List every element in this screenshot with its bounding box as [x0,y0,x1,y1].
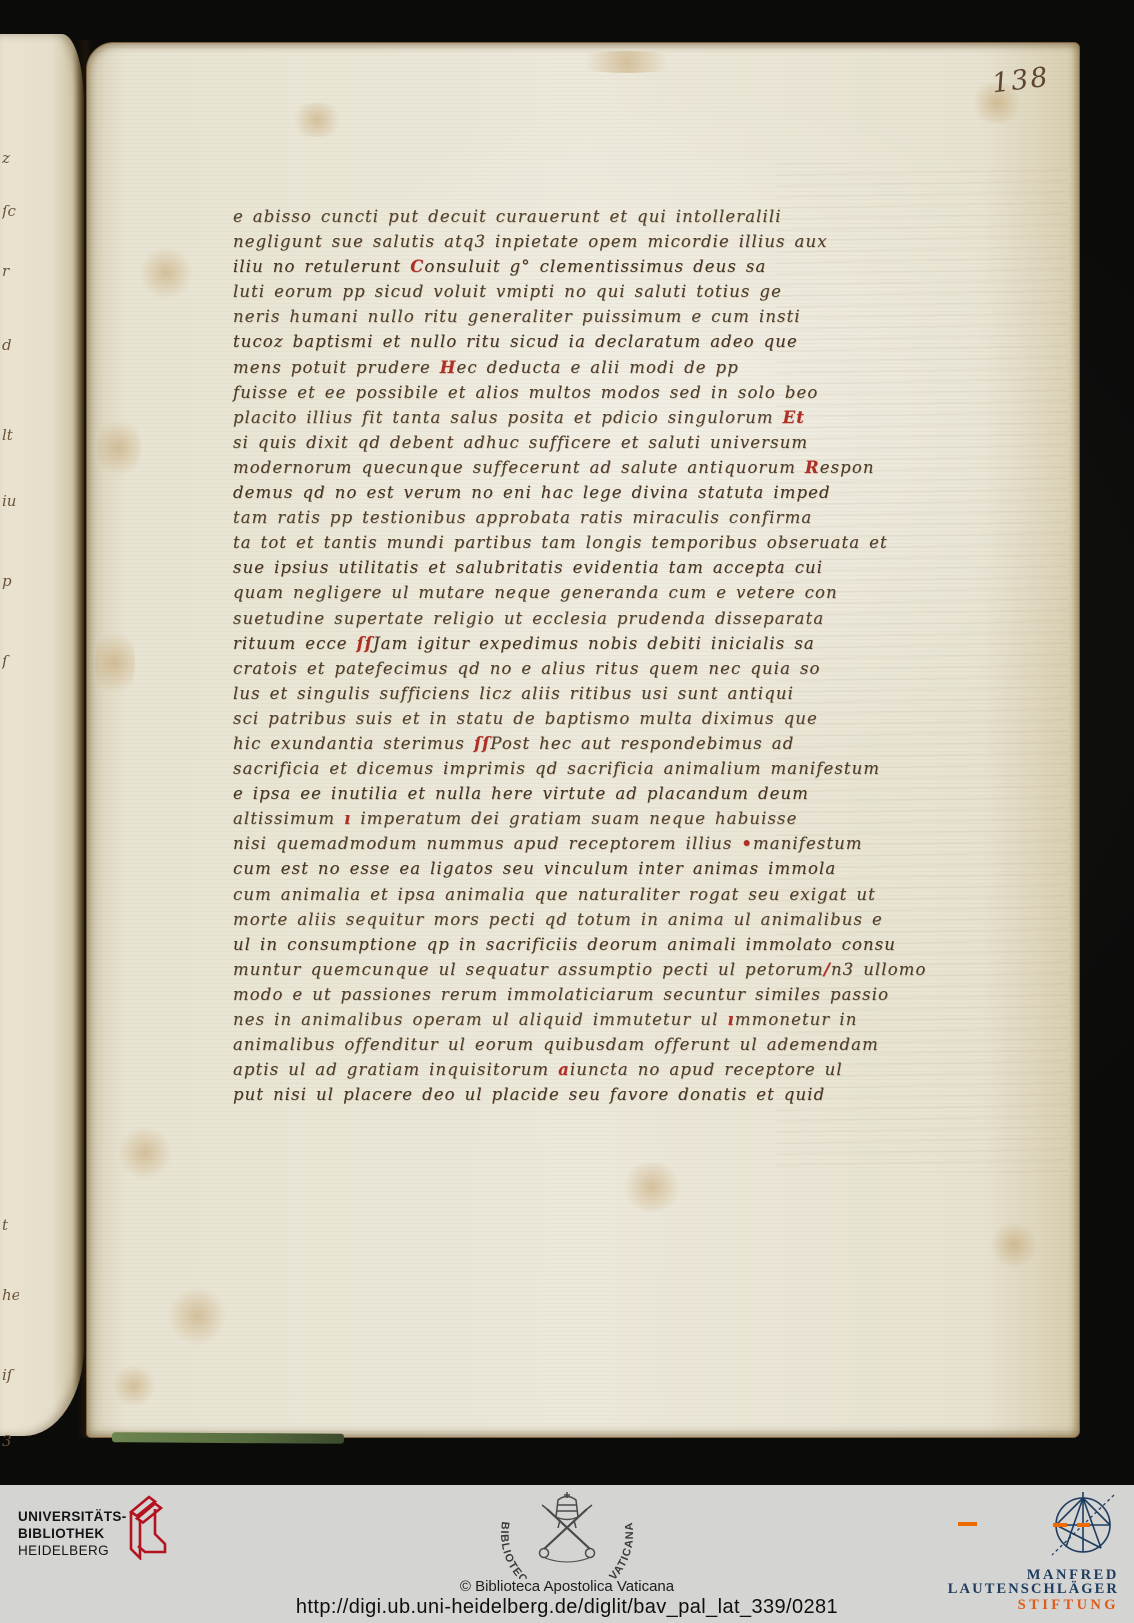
folio-number: 138 [990,62,1051,100]
manuscript-line: put nisi ul placere deo ul placide seu f… [233,1082,833,1107]
manuscript-text-segment: si quis dixit qd debent adhuc sufficere … [233,433,808,452]
foxing-stain [567,51,687,73]
manuscript-text-segment: iliu no retulerunt [233,257,410,276]
manuscript-line: hic exundantia sterimus ſſPost hec aut r… [233,731,833,756]
rubric-mark: ſſ [357,634,373,653]
facing-page-text-fragment: t [2,1216,19,1236]
manuscript-text-segment: espon [820,458,875,477]
manuscript-line: sci patribus suis et in statu de baptism… [233,706,833,731]
manuscript-line: iliu no retulerunt Consuluit g° clementi… [233,254,833,279]
facing-page-text-fragment: d [2,336,19,356]
rubric-mark: ſſ [474,734,490,753]
manuscript-text-segment: e abisso cuncti put decuit curauerunt et… [233,207,782,226]
manuscript-text-segment: placito illius fit tanta salus posita et… [233,408,783,427]
manuscript-text-segment: ta tot et tantis mundi partibus tam long… [233,533,888,552]
manuscript-page: 138 e abisso cuncti put decuit curauerun… [86,42,1080,1438]
manuscript-text-segment: ul in consumptione qp in sacrificiis deo… [233,935,896,954]
facing-page-text-fragment: iu [2,492,19,512]
foundation-name-line3: STIFTUNG [948,1598,1119,1613]
rubric-mark: H [440,358,457,377]
manuscript-text-segment: nes in animalibus operam ul aliquid immu… [233,1010,727,1029]
manuscript-line: e abisso cuncti put decuit curauerunt et… [233,204,833,229]
manuscript-line: ul in consumptione qp in sacrificiis deo… [233,932,833,957]
manuscript-text-segment: Jam igitur expedimus nobis debiti inicia… [373,634,815,653]
foundation-orange-dash [958,1522,977,1526]
manuscript-text-segment: negligunt sue salutis atq3 inpietate ope… [233,232,828,251]
manuscript-line: mens potuit prudere Hec deducta e alii m… [233,355,833,380]
manuscript-line: nes in animalibus operam ul aliquid immu… [233,1007,833,1032]
manuscript-text-segment: cum est no esse ea ligatos seu vinculum … [233,859,836,878]
caption-bar: UNIVERSITÄTS- BIBLIOTHEK HEIDELBERG BIBL… [0,1485,1134,1623]
manuscript-text-segment: onsuluit g° clementissimus deus sa [424,257,766,276]
manuscript-text-segment: neris humani nullo ritu generaliter puis… [233,307,801,326]
foxing-stain [95,623,135,703]
manuscript-text-segment: animalibus offenditur ul eorum quibusdam… [233,1035,879,1054]
manuscript-text-segment: altissimum [233,809,344,828]
manuscript-line: quam negligere ul mutare neque generanda… [233,580,833,605]
manuscript-text-segment: manifestum [753,834,863,853]
heidelberg-library-logo-icon [109,1492,167,1560]
facing-page-text-fragment: r [2,262,19,282]
manuscript-line: neris humani nullo ritu generaliter puis… [233,304,833,329]
manuscript-line: morte aliis sequitur mors pecti qd totum… [233,907,833,932]
manuscript-text: e abisso cuncti put decuit curauerunt et… [233,204,833,1107]
manuscript-text-segment: imperatum dei gratiam suam neque habuiss… [351,809,797,828]
manuscript-text-segment: sue ipsius utilitatis et salubritatis ev… [233,558,823,577]
manuscript-text-segment: rituum ecce [233,634,357,653]
manuscript-line: cum animalia et ipsa animalia que natura… [233,882,833,907]
manuscript-line: modo e ut passiones rerum immolaticiarum… [233,982,833,1007]
facing-page-text-fragment: z [2,149,19,169]
manuscript-text-segment: suetudine supertate religio ut ecclesia … [233,609,824,628]
foxing-stain [617,1163,687,1211]
manuscript-line: cratois et patefecimus qd no e alius rit… [233,656,833,681]
rubric-mark: / [824,960,831,979]
foundation-name-line2: LAUTENSCHLÄGER [948,1582,1119,1597]
binding-cloth-edge [112,1432,344,1444]
manuscript-text-segment: muntur quemcunque ul sequatur assumptio … [233,960,824,979]
manuscript-text-segment: e ipsa ee inutilia et nulla here virtute… [233,784,809,803]
vatican-library-seal: BIBLIOTECA APOSTOLICA VATICANA [492,1487,642,1579]
manuscript-line: rituum ecce ſſJam igitur expedimus nobis… [233,631,833,656]
foundation-wordmark: MANFRED LAUTENSCHLÄGER STIFTUNG [948,1568,1119,1613]
manuscript-line: animalibus offenditur ul eorum quibusdam… [233,1032,833,1057]
manuscript-text-segment: put nisi ul placere deo ul placide seu f… [233,1085,825,1104]
manuscript-text-segment: Post hec aut respondebimus ad [490,734,794,753]
manuscript-line: negligunt sue salutis atq3 inpietate ope… [233,229,833,254]
manuscript-text-segment: ec deducta e alii modi de pp [456,358,738,377]
rubric-mark: ı [727,1010,734,1029]
facing-page-text-fragment: lt [2,426,19,446]
manuscript-line: aptis ul ad gratiam inquisitorum aiuncta… [233,1057,833,1082]
manuscript-line: cum est no esse ea ligatos seu vinculum … [233,856,833,881]
rubric-mark: C [410,257,424,276]
manuscript-line: altissimum ı imperatum dei gratiam suam … [233,806,833,831]
manuscript-text-segment: sacrificia et dicemus imprimis qd sacrif… [233,759,880,778]
manuscript-text-segment: fuisse et ee possibile et alios multos m… [233,383,818,402]
manuscript-line: modernorum quecunque suffecerunt ad salu… [233,455,833,480]
foundation-name-line1: MANFRED [948,1568,1119,1582]
manuscript-text-segment: modo e ut passiones rerum immolaticiarum… [233,985,889,1004]
manuscript-text-segment: luti eorum pp sicud voluit vmipti no qui… [233,282,782,301]
facing-page-edge: zſcrdltiupſtheiſ3 [0,34,84,1436]
manuscript-text-segment: n3 ullomo [831,960,927,979]
manuscript-text-segment: lus et singulis sufficiens licz aliis ri… [233,684,794,703]
manuscript-line: suetudine supertate religio ut ecclesia … [233,606,833,631]
manuscript-line: lus et singulis sufficiens licz aliis ri… [233,681,833,706]
rubric-mark: Et [783,408,805,427]
manuscript-line: placito illius fit tanta salus posita et… [233,405,833,430]
manuscript-line: muntur quemcunque ul sequatur assumptio … [233,957,833,982]
foxing-stain [139,243,193,303]
manuscript-text-segment: tucoz baptismi et nullo ritu sicud ia de… [233,332,798,351]
manuscript-text-segment: mens potuit prudere [233,358,440,377]
manuscript-line: luti eorum pp sicud voluit vmipti no qui… [233,279,833,304]
manuscript-line: demus qd no est verum no eni hac lege di… [233,480,833,505]
foxing-stain [167,1283,227,1349]
foxing-stain [287,103,347,137]
manuscript-text-segment: hic exundantia sterimus [233,734,474,753]
manuscript-line: si quis dixit qd debent adhuc sufficere … [233,430,833,455]
manuscript-line: fuisse et ee possibile et alios multos m… [233,380,833,405]
manuscript-text-segment: mmonetur in [735,1010,858,1029]
manuscript-line: tam ratis pp testionibus approbata ratis… [233,505,833,530]
manuscript-photograph: zſcrdltiupſtheiſ3 138 e abisso cuncti pu… [0,0,1134,1485]
manuscript-text-segment: morte aliis sequitur mors pecti qd totum… [233,910,883,929]
facing-page-text-fragment: he [2,1286,19,1306]
manuscript-text-segment: nisi quemadmodum nummus apud receptorem … [233,834,741,853]
facing-page-text-fragment: iſ [2,1366,19,1386]
manuscript-text-segment: quam negligere ul mutare neque generanda… [233,583,838,602]
manuscript-text-segment: cum animalia et ipsa animalia que natura… [233,885,876,904]
facing-page-text-fragment: 3 [2,1432,19,1452]
rubric-mark: • [741,834,753,853]
facing-page-text-fragment: p [2,572,19,592]
manuscript-text-segment: aptis ul ad gratiam inquisitorum [233,1060,558,1079]
manuscript-text-segment: modernorum quecunque suffecerunt ad salu… [233,458,805,477]
foxing-stain [97,413,141,483]
manuscript-text-segment: cratois et patefecimus qd no e alius rit… [233,659,821,678]
manuscript-text-segment: sci patribus suis et in statu de baptism… [233,709,818,728]
facing-page-text-fragment: ſ [2,652,19,672]
manuscript-text-segment: tam ratis pp testionibus approbata ratis… [233,508,812,527]
foxing-stain [987,1223,1041,1267]
manuscript-line: e ipsa ee inutilia et nulla here virtute… [233,781,833,806]
rubric-mark: R [805,458,820,477]
foundation-sundial-icon [1046,1488,1120,1562]
manuscript-text-segment: iuncta no apud receptore ul [570,1060,843,1079]
foxing-stain [117,1123,173,1183]
manuscript-line: nisi quemadmodum nummus apud receptorem … [233,831,833,856]
manuscript-line: ta tot et tantis mundi partibus tam long… [233,530,833,555]
rubric-mark: a [558,1060,570,1079]
facing-page-text-fragment: ſc [2,202,19,222]
manuscript-line: sacrificia et dicemus imprimis qd sacrif… [233,756,833,781]
foxing-stain [111,1363,157,1409]
manuscript-text-segment: demus qd no est verum no eni hac lege di… [233,483,831,502]
manuscript-line: tucoz baptismi et nullo ritu sicud ia de… [233,329,833,354]
seal-curved-text: BIBLIOTECA APOSTOLICA VATICANA [498,1521,636,1579]
manuscript-line: sue ipsius utilitatis et salubritatis ev… [233,555,833,580]
